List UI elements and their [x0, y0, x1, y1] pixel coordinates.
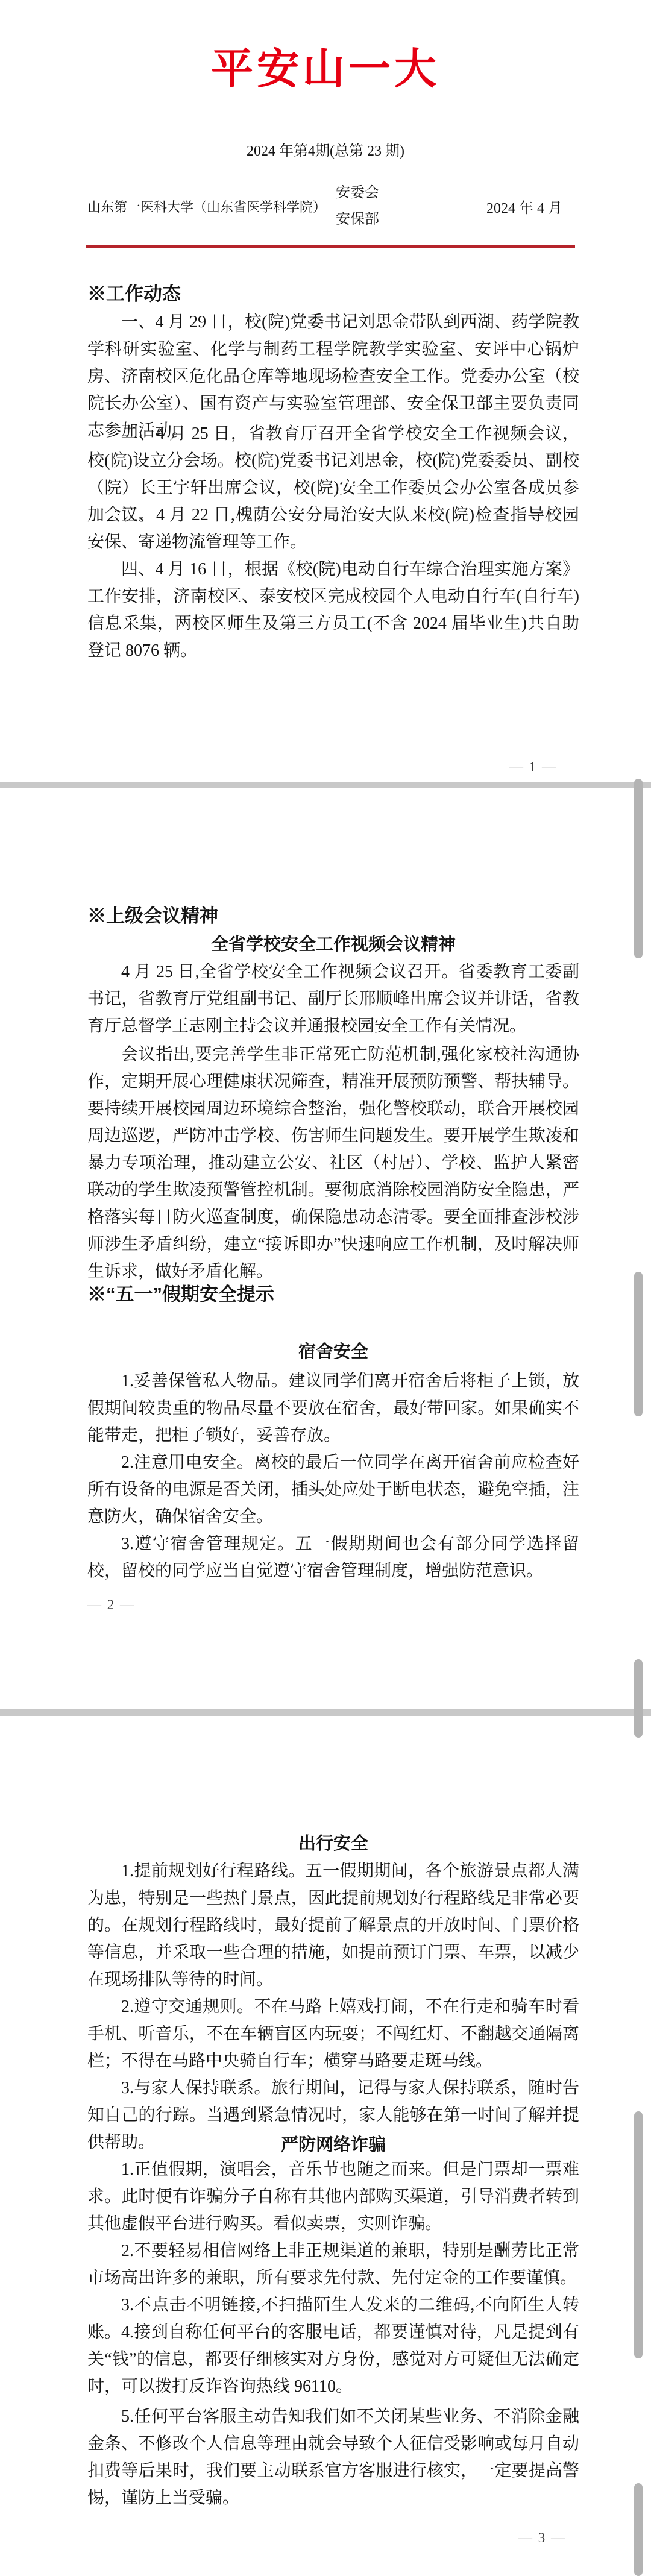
paragraph: 四、4 月 16 日，根据《校(院)电动自行车综合治理实施方案》工作安排，济南校… — [87, 556, 579, 664]
paragraph: 4 月 25 日,全省学校安全工作视频会议召开。省委教育工委副书记，省教育厅党组… — [87, 958, 579, 1040]
page-separator — [0, 1709, 651, 1716]
section-heading-holiday-safety: ※“五一”假期安全提示 — [87, 1279, 579, 1306]
scrollbar-thumb[interactable] — [634, 2483, 643, 2576]
paragraph: 2.不要轻易相信网络上非正规渠道的兼职，特别是酬劳比正常市场高出许多的兼职，所有… — [87, 2237, 579, 2292]
masthead-divider-rule — [86, 245, 575, 248]
page-number-3: — 3 — — [518, 2530, 566, 2546]
masthead-info-row: 山东第一医科大学（山东省医学科学院） 安委会 安保部 2024 年 4 月 — [87, 180, 579, 233]
subheading-anti-fraud: 严防网络诈骗 — [87, 2131, 579, 2156]
subheading-dormitory-safety: 宿舍安全 — [87, 1338, 579, 1363]
organization-name: 山东第一医科大学（山东省医学科学院） — [87, 197, 326, 216]
paragraph: 1.妥善保管私人物品。建议同学们离开宿舍后将柜子上锁，放假期间较贵重的物品尽量不… — [87, 1368, 579, 1449]
subheading-video-conference: 全省学校安全工作视频会议精神 — [87, 931, 579, 955]
page-number-2: — 2 — — [87, 1597, 135, 1613]
scrollbar-thumb[interactable] — [634, 779, 643, 958]
paragraph: 5.任何平台客服主动告知我们如不关闭某些业务、不消除金融金条、不修改个人信息等理… — [87, 2403, 579, 2512]
paragraph: 4.接到自称任何平台的客服电话，都要谨慎对待，凡是提到有关“钱”的信息，都要仔细… — [87, 2319, 579, 2400]
subheading-travel-safety: 出行安全 — [87, 1830, 579, 1855]
page-separator — [0, 782, 651, 788]
section-heading-meeting-spirit: ※上级会议精神 — [87, 900, 579, 928]
section-heading-work-updates: ※工作动态 — [87, 278, 579, 306]
paragraph: 2.遵守交通规则。不在马路上嬉戏打闹，不在行走和骑车时看手机、听音乐，不在车辆盲… — [87, 1993, 579, 2075]
page-number-1: — 1 — — [509, 759, 557, 775]
scrollbar-thumb[interactable] — [634, 1272, 643, 1416]
paragraph: 1.提前规划好行程路线。五一假期期间，各个旅游景点都人满为患，特别是一些热门景点… — [87, 1858, 579, 1993]
paragraph: 会议指出,要完善学生非正常死亡防范机制,强化家校社沟通协作，定期开展心理健康状况… — [87, 1041, 579, 1285]
scrollbar-thumb[interactable] — [634, 2111, 643, 2358]
paragraph: 2.注意用电安全。离校的最后一位同学在离开宿舍前应检查好所有设备的电源是否关闭，… — [87, 1449, 579, 1530]
document-canvas: 平安山一大 2024 年第4期(总第 23 期) 山东第一医科大学（山东省医学科… — [0, 0, 651, 2576]
scrollbar-thumb[interactable] — [634, 1659, 643, 1738]
masthead-title: 平安山一大 — [0, 35, 651, 96]
paragraph: 1.正值假期，演唱会，音乐节也随之而来。但是门票却一票难求。此时便有诈骗分子自称… — [87, 2156, 579, 2237]
issuing-departments: 安委会 安保部 — [336, 180, 379, 233]
paragraph: 3.遵守宿舍管理规定。五一假期期间也会有部分同学选择留校，留校的同学应当自觉遵守… — [87, 1530, 579, 1585]
paragraph: 三、4 月 22 日,槐荫公安分局治安大队来校(院)检查指导校园安保、寄递物流管… — [87, 501, 579, 556]
security-department-label: 安保部 — [336, 206, 379, 233]
issue-date: 2024 年 4 月 — [486, 196, 562, 217]
committee-label: 安委会 — [336, 180, 379, 206]
issue-number: 2024 年第4期(总第 23 期) — [0, 139, 651, 160]
